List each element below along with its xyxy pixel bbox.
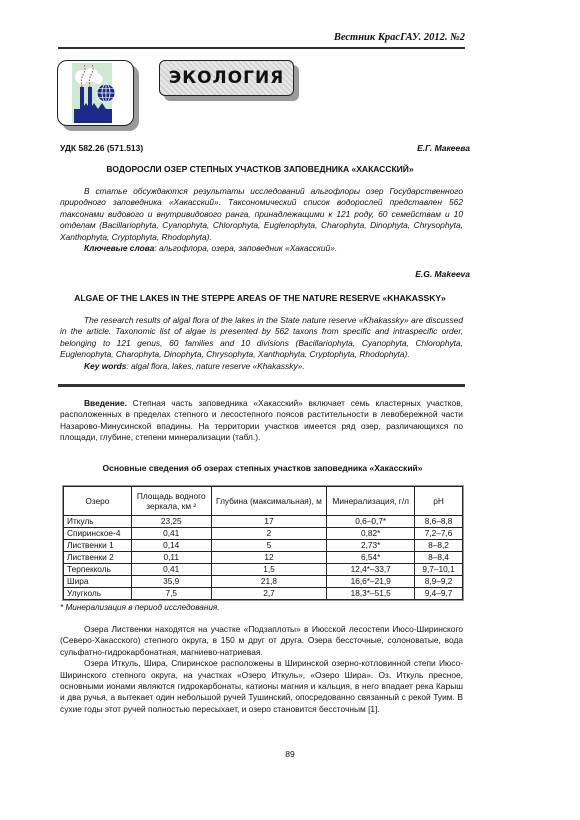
lake-name: Спиринское-4 — [64, 528, 132, 540]
keywords-ru-label: Ключевые слова — [84, 243, 154, 253]
depth-value: 21,8 — [211, 576, 327, 588]
table-row: Лиственки 20,11126,54*8–8,4 — [64, 552, 463, 564]
intro-label: Введение. — [84, 398, 127, 408]
ph-value: 9,7–10,1 — [415, 564, 463, 576]
mineralization-value: 6,54* — [327, 552, 415, 564]
mineralization-value: 0,6–0,7* — [327, 516, 415, 528]
abstract-en: The research results of algal flora of t… — [60, 315, 463, 372]
area-value: 0,41 — [131, 528, 211, 540]
body-text: Озера Лиственки находятся на участке «По… — [60, 624, 463, 715]
lake-name: Шира — [64, 576, 132, 588]
intro-paragraph: Введение. Степная часть заповедника «Хак… — [60, 398, 463, 444]
lakes-table: Озеро Площадь водного зеркала, км ² Глуб… — [63, 486, 463, 600]
lake-name: Лиственки 1 — [64, 540, 132, 552]
lake-name: Иткуль — [64, 516, 132, 528]
lake-name: Улугколь — [64, 588, 132, 600]
area-value: 0,11 — [131, 552, 211, 564]
mineralization-value: 2,73* — [327, 540, 415, 552]
article-title-en: ALGAE OF THE LAKES IN THE STEPPE AREAS O… — [60, 293, 460, 303]
udk-code: УДК 582.26 (571.513) — [60, 143, 143, 153]
body-paragraph-1: Озера Лиственки находятся на участке «По… — [60, 624, 463, 658]
table-row: Лиственки 10,1452,73*8–8,2 — [64, 540, 463, 552]
ph-value: 8–8,4 — [415, 552, 463, 564]
article-title-ru: ВОДОРОСЛИ ОЗЕР СТЕПНЫХ УЧАСТКОВ ЗАПОВЕДН… — [60, 164, 460, 174]
ph-value: 8,9–9,2 — [415, 576, 463, 588]
keywords-en-label: Key words — [84, 361, 126, 371]
factory-globe-icon — [72, 63, 118, 123]
table-row: Спиринское-40,4120,82*7,2–7,6 — [64, 528, 463, 540]
col-mineralization: Минерализация, г/л — [327, 487, 415, 516]
lake-name: Лиственки 2 — [64, 552, 132, 564]
table-caption: Основные сведения об озерах степных учас… — [60, 463, 465, 473]
lake-name: Терпекколь — [64, 564, 132, 576]
ph-value: 7,2–7,6 — [415, 528, 463, 540]
keywords-ru-text: : альгофлора, озера, заповедник «Хакасск… — [154, 243, 337, 253]
depth-value: 5 — [211, 540, 327, 552]
depth-value: 17 — [211, 516, 327, 528]
abstract-en-text: The research results of algal flora of t… — [60, 315, 463, 361]
keywords-en-text: : algal flora, lakes, nature reserve «Kh… — [126, 361, 304, 371]
area-value: 0,41 — [131, 564, 211, 576]
author-en: E.G. Makeeva — [415, 269, 470, 279]
col-depth: Глубина (максимальная), м — [211, 487, 327, 516]
table-row: Иткуль23,25170,6–0,7*8,6–8,8 — [64, 516, 463, 528]
mineralization-value: 12,4*–33,7 — [327, 564, 415, 576]
abstract-ru-text: В статье обсуждаются результаты исследов… — [60, 186, 463, 243]
ph-value: 9,4–9,7 — [415, 588, 463, 600]
mineralization-value: 0,82* — [327, 528, 415, 540]
body-paragraph-2: Озера Иткуль, Шира, Спиринское расположе… — [60, 658, 463, 715]
keywords-ru: Ключевые слова: альгофлора, озера, запов… — [60, 243, 463, 254]
table-header-row: Озеро Площадь водного зеркала, км ² Глуб… — [64, 487, 463, 516]
area-value: 7,5 — [131, 588, 211, 600]
col-area: Площадь водного зеркала, км ² — [131, 487, 211, 516]
ph-value: 8–8,2 — [415, 540, 463, 552]
area-value: 23,25 — [131, 516, 211, 528]
top-rule — [58, 47, 465, 49]
table-row: Шира35,921,816,6*–21,98,9–9,2 — [64, 576, 463, 588]
depth-value: 1,5 — [211, 564, 327, 576]
depth-value: 2 — [211, 528, 327, 540]
area-value: 0,14 — [131, 540, 211, 552]
depth-value: 12 — [211, 552, 327, 564]
section-divider — [58, 384, 465, 387]
table-footnote: * Минерализация в период исследования. — [60, 603, 220, 612]
area-value: 35,9 — [131, 576, 211, 588]
table-row: Терпекколь0,411,512,4*–33,79,7–10,1 — [64, 564, 463, 576]
table-row: Улугколь7,52,718,3*–51,59,4–9,7 — [64, 588, 463, 600]
ph-value: 8,6–8,8 — [415, 516, 463, 528]
table-body: Иткуль23,25170,6–0,7*8,6–8,8Спиринское-4… — [64, 516, 463, 600]
page-number: 89 — [0, 749, 580, 759]
col-lake: Озеро — [64, 487, 132, 516]
keywords-en: Key words: algal flora, lakes, nature re… — [60, 361, 463, 372]
section-banner: ЭКОЛОГИЯ — [159, 60, 294, 96]
author-ru: Е.Г. Макеева — [417, 143, 470, 153]
mineralization-value: 16,6*–21,9 — [327, 576, 415, 588]
depth-value: 2,7 — [211, 588, 327, 600]
col-ph: pH — [415, 487, 463, 516]
journal-header: Вестник КрасГАУ. 2012. №2 — [58, 32, 465, 43]
mineralization-value: 18,3*–51,5 — [327, 588, 415, 600]
section-logo — [57, 60, 134, 126]
abstract-ru: В статье обсуждаются результаты исследов… — [60, 186, 463, 254]
